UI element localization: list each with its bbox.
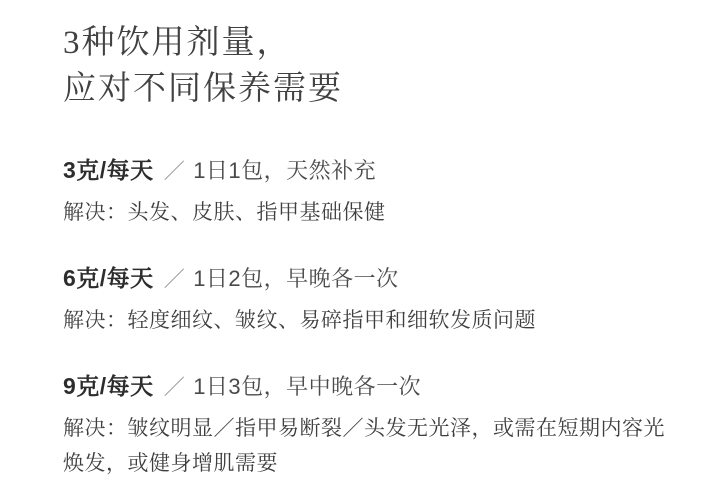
dosage-amount-6g: 6克/每天	[63, 265, 154, 291]
dosage-solution-6g: 解决：轻度细纹、皱纹、易碎指甲和细软发质问题	[63, 303, 667, 338]
page-title: 3种饮用剂量， 应对不同保养需要	[63, 20, 692, 112]
slash-separator: ／	[164, 376, 186, 399]
dosage-usage-3g: 1日1包，天然补充	[193, 158, 376, 183]
slash-separator: ／	[164, 160, 186, 183]
dosage-solution-9g: 解决：皱纹明显／指甲易断裂／头发无光泽，或需在短期内容光焕发，或健身增肌需要	[63, 411, 667, 478]
dosage-block-9g: 9克/每天／1日3包，早中晚各一次 解决：皱纹明显／指甲易断裂／头发无光泽，或需…	[63, 371, 692, 478]
page-title-line-2: 应对不同保养需要	[63, 66, 692, 112]
page-title-line-1: 3种饮用剂量，	[63, 20, 692, 66]
dosage-info-panel: 3种饮用剂量， 应对不同保养需要 3克/每天／1日1包，天然补充 解决：头发、皮…	[0, 0, 710, 478]
slash-separator: ／	[164, 268, 186, 291]
dosage-header-9g: 9克/每天／1日3包，早中晚各一次	[63, 371, 692, 403]
dosage-solution-3g: 解决：头发、皮肤、指甲基础保健	[63, 195, 667, 230]
dosage-usage-9g: 1日3包，早中晚各一次	[193, 374, 421, 399]
dosage-usage-6g: 1日2包，早晚各一次	[193, 266, 398, 291]
dosage-amount-9g: 9克/每天	[63, 373, 154, 399]
dosage-header-3g: 3克/每天／1日1包，天然补充	[63, 155, 692, 187]
dosage-block-3g: 3克/每天／1日1包，天然补充 解决：头发、皮肤、指甲基础保健	[63, 155, 692, 230]
dosage-block-6g: 6克/每天／1日2包，早晚各一次 解决：轻度细纹、皱纹、易碎指甲和细软发质问题	[63, 263, 692, 338]
dosage-amount-3g: 3克/每天	[63, 157, 154, 183]
dosage-header-6g: 6克/每天／1日2包，早晚各一次	[63, 263, 692, 295]
